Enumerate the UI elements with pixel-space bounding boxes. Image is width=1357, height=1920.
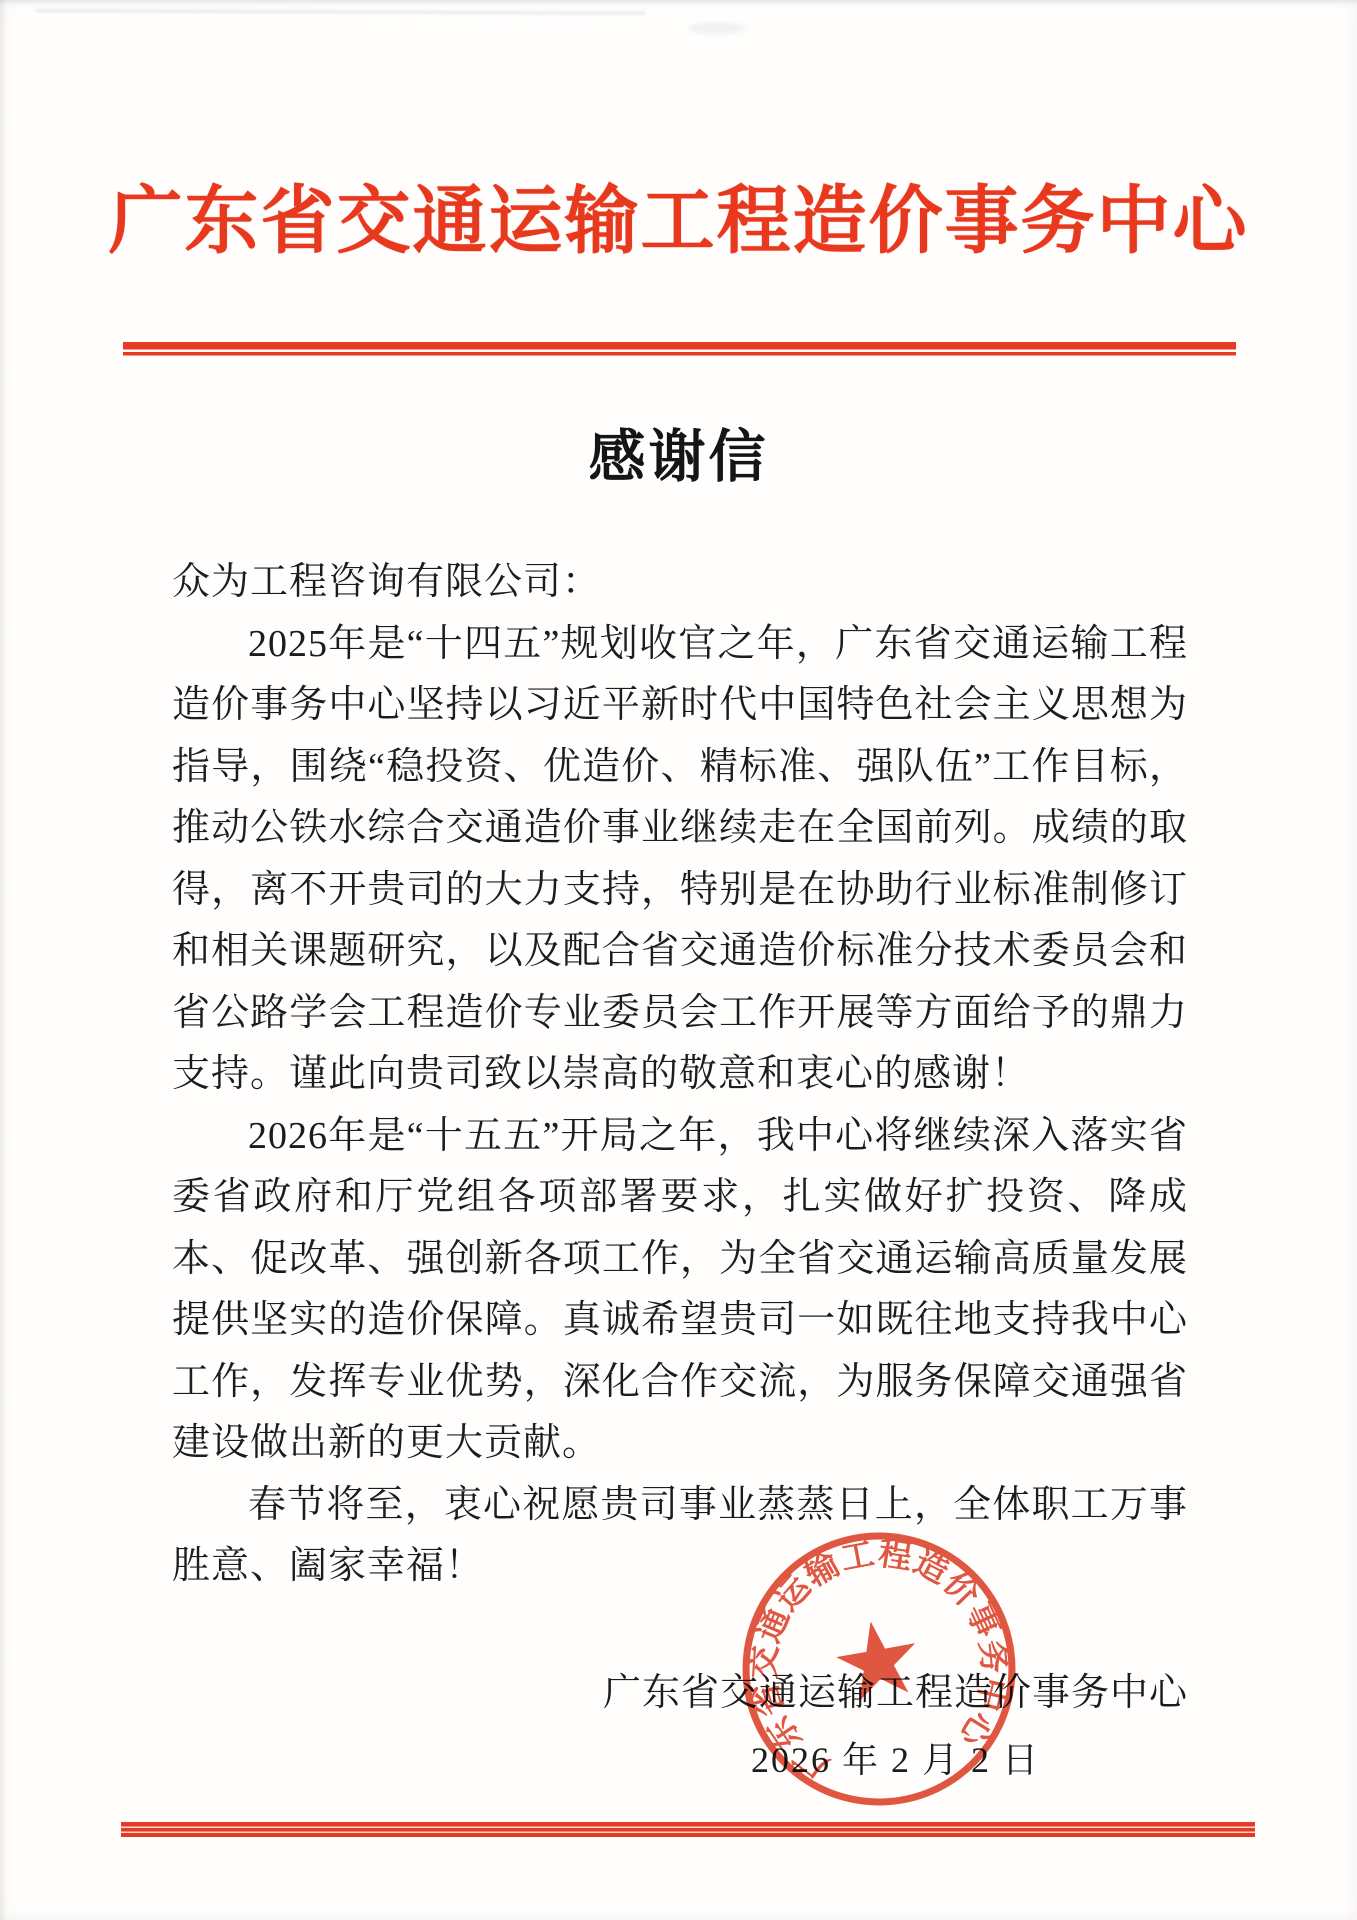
scan-artifact (0, 0, 1357, 5)
paragraph-1: 2025年是“十四五”规划收官之年，广东省交通运输工程造价事务中心坚持以习近平新… (172, 614, 1188, 1106)
signature-org-name: 广东省交通运输工程造价事务中心 (603, 1666, 1188, 1720)
salutation: 众为工程咨询有限公司： (172, 552, 1188, 614)
letterhead-rule (123, 342, 1236, 356)
signature-date: 2026 年 2 月 2 日 (603, 1736, 1188, 1784)
document-title: 感谢信 (0, 420, 1357, 494)
paragraph-3: 春节将至，衷心祝愿贵司事业蒸蒸日上，全体职工万事胜意、阖家幸福！ (172, 1475, 1188, 1598)
scan-artifact (688, 22, 746, 35)
footer-rule (121, 1822, 1255, 1837)
signature-block: 广东省交通运输工程造价事务中心 2026 年 2 月 2 日 (172, 1666, 1188, 1784)
letter-body: 众为工程咨询有限公司： 2025年是“十四五”规划收官之年，广东省交通运输工程造… (172, 552, 1188, 1598)
scan-artifact (36, 9, 646, 16)
paragraph-2: 2026年是“十五五”开局之年，我中心将继续深入落实省委省政府和厅党组各项部署要… (172, 1106, 1188, 1475)
letterhead-org-name: 广东省交通运输工程造价事务中心 (0, 176, 1357, 268)
scan-artifact (0, 0, 7, 1920)
letter-page: 广东省交通运输工程造价事务中心 感谢信 众为工程咨询有限公司： 2025年是“十… (0, 0, 1357, 1920)
signature-inner: 广东省交通运输工程造价事务中心 2026 年 2 月 2 日 (603, 1666, 1188, 1784)
